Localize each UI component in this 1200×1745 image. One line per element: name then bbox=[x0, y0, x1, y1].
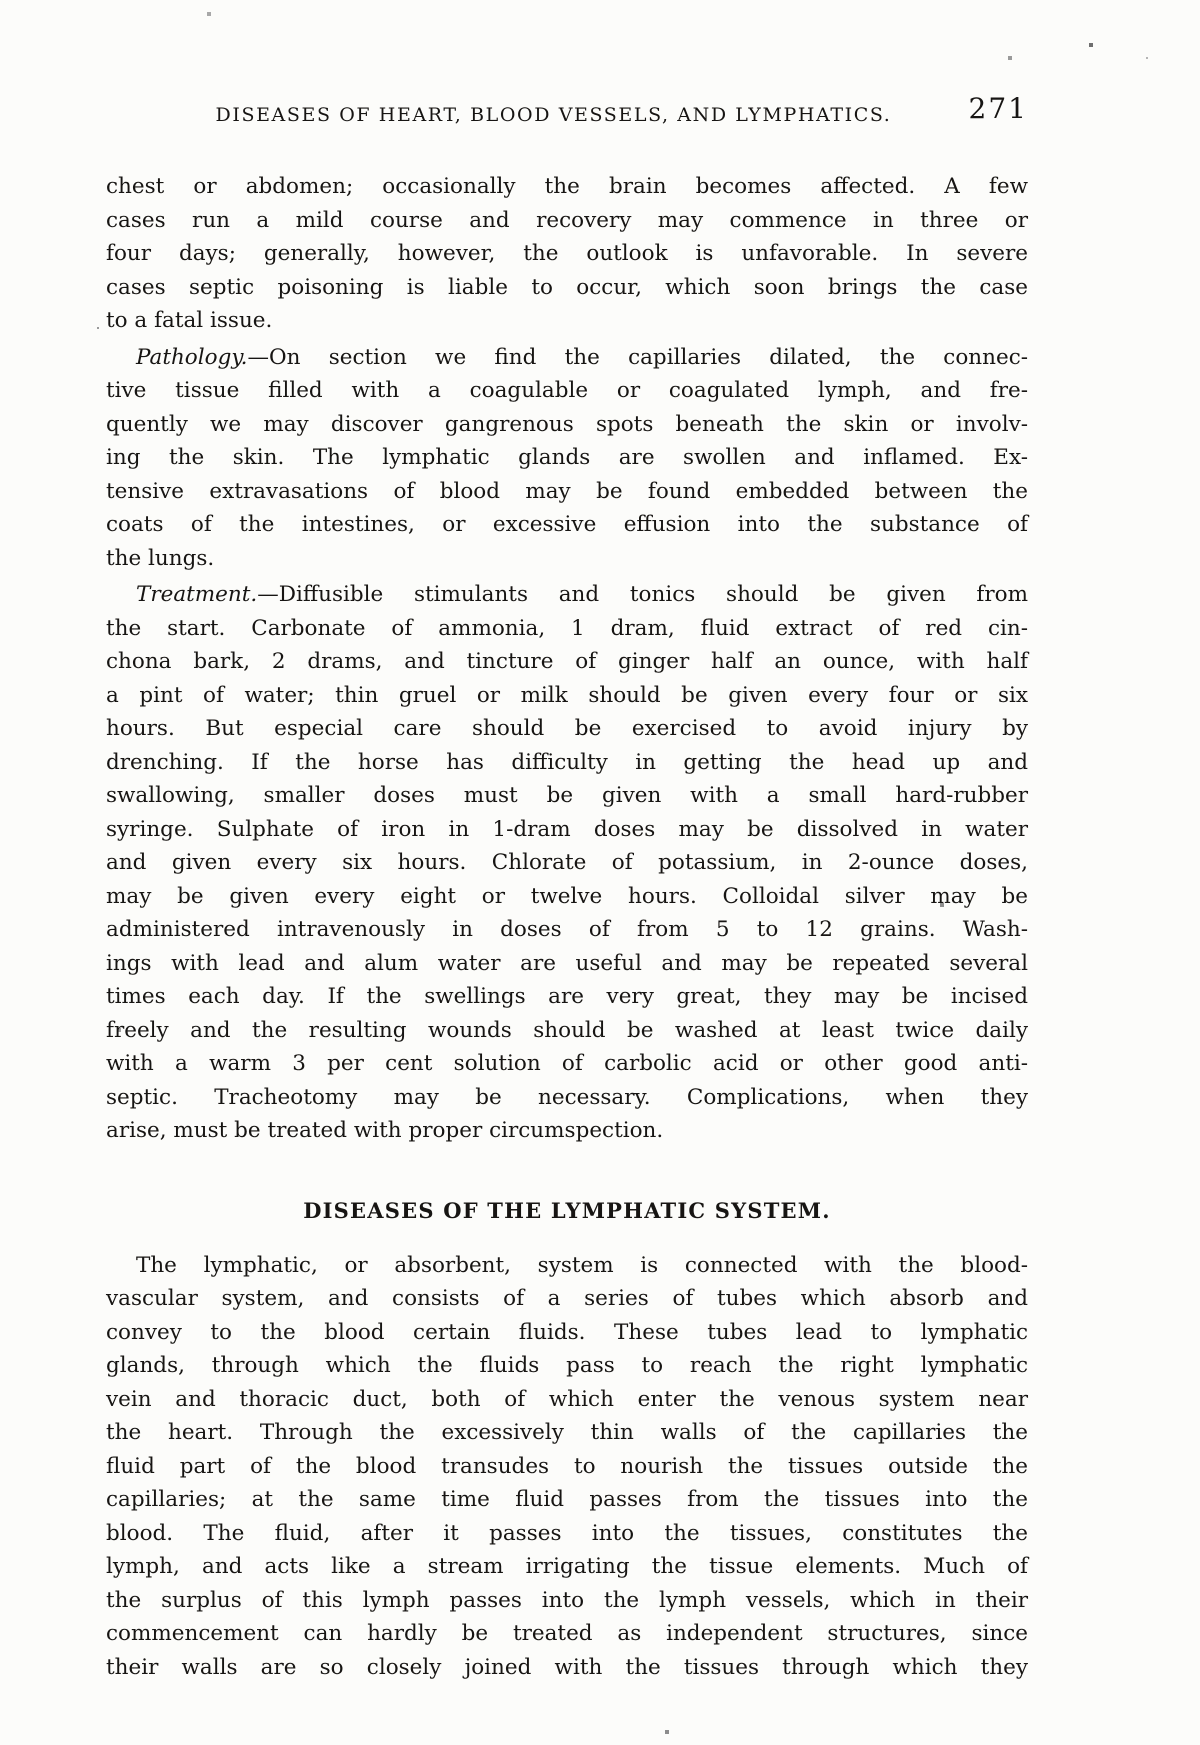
text-line: capillaries; at the same time fluid pass… bbox=[106, 1483, 1028, 1517]
text-line: to a fatal issue. bbox=[106, 304, 1028, 338]
text-line: the start. Carbonate of ammonia, 1 dram,… bbox=[106, 612, 1028, 646]
book-page: DISEASES OF HEART, BLOOD VESSELS, AND LY… bbox=[0, 0, 1200, 1745]
text-line: freely and the resulting wounds should b… bbox=[106, 1014, 1028, 1048]
paragraph: The lymphatic, or absorbent, system is c… bbox=[106, 1249, 1028, 1685]
text-line: hours. But especial care should be exerc… bbox=[106, 712, 1028, 746]
text-line: a pint of water; thin gruel or milk shou… bbox=[106, 679, 1028, 713]
text-line: their walls are so closely joined with t… bbox=[106, 1651, 1028, 1685]
paragraph: Pathology.—On section we find the capill… bbox=[106, 341, 1028, 576]
text-line: chona bark, 2 drams, and tincture of gin… bbox=[106, 645, 1028, 679]
page-header: DISEASES OF HEART, BLOOD VESSELS, AND LY… bbox=[106, 96, 1028, 132]
paragraph-lead: Treatment. bbox=[136, 582, 257, 607]
text-line: ing the skin. The lymphatic glands are s… bbox=[106, 441, 1028, 475]
text-line: syringe. Sulphate of iron in 1-dram dose… bbox=[106, 813, 1028, 847]
text-line: quently we may discover gangrenous spots… bbox=[106, 408, 1028, 442]
text-line: coats of the intestines, or excessive ef… bbox=[106, 508, 1028, 542]
text-line: ings with lead and alum water are useful… bbox=[106, 947, 1028, 981]
text-line: the surplus of this lymph passes into th… bbox=[106, 1584, 1028, 1618]
text-line: vascular system, and consists of a serie… bbox=[106, 1282, 1028, 1316]
text-line: cases run a mild course and recovery may… bbox=[106, 204, 1028, 238]
text-line: Pathology.—On section we find the capill… bbox=[106, 341, 1028, 375]
text-line: drenching. If the horse has difficulty i… bbox=[106, 746, 1028, 780]
main-paragraphs: chest or abdomen; occasionally the brain… bbox=[106, 170, 1028, 1148]
paragraph-lead: Pathology. bbox=[136, 345, 247, 370]
text-line: commencement can hardly be treated as in… bbox=[106, 1617, 1028, 1651]
text-line: cases septic poisoning is liable to occu… bbox=[106, 271, 1028, 305]
text-line: convey to the blood certain fluids. Thes… bbox=[106, 1316, 1028, 1350]
text-line: septic. Tracheotomy may be necessary. Co… bbox=[106, 1081, 1028, 1115]
text-line: times each day. If the swellings are ver… bbox=[106, 980, 1028, 1014]
text-line: may be given every eight or twelve hours… bbox=[106, 880, 1028, 914]
text-line: glands, through which the fluids pass to… bbox=[106, 1349, 1028, 1383]
section-paragraphs: The lymphatic, or absorbent, system is c… bbox=[106, 1249, 1028, 1685]
text-line: four days; generally, however, the outlo… bbox=[106, 237, 1028, 271]
text-line: blood. The fluid, after it passes into t… bbox=[106, 1517, 1028, 1551]
text-line: swallowing, smaller doses must be given … bbox=[106, 779, 1028, 813]
text-line: with a warm 3 per cent solution of carbo… bbox=[106, 1047, 1028, 1081]
text-line: the heart. Through the excessively thin … bbox=[106, 1416, 1028, 1450]
text-line: arise, must be treated with proper circu… bbox=[106, 1114, 1028, 1148]
text-line: the lungs. bbox=[106, 542, 1028, 576]
text-line: administered intravenously in doses of f… bbox=[106, 913, 1028, 947]
body-text: chest or abdomen; occasionally the brain… bbox=[106, 170, 1028, 1684]
text-line: The lymphatic, or absorbent, system is c… bbox=[106, 1249, 1028, 1283]
scan-noise bbox=[0, 0, 2, 2]
text-line: tive tissue filled with a coagulable or … bbox=[106, 374, 1028, 408]
paragraph: chest or abdomen; occasionally the brain… bbox=[106, 170, 1028, 338]
text-line: vein and thoracic duct, both of which en… bbox=[106, 1383, 1028, 1417]
section-heading: DISEASES OF THE LYMPHATIC SYSTEM. bbox=[106, 1194, 1028, 1227]
text-line: tensive extravasations of blood may be f… bbox=[106, 475, 1028, 509]
text-line: chest or abdomen; occasionally the brain… bbox=[106, 170, 1028, 204]
text-line: Treatment.—Diffusible stimulants and ton… bbox=[106, 578, 1028, 612]
running-title: DISEASES OF HEART, BLOOD VESSELS, AND LY… bbox=[216, 104, 892, 126]
page-number: 271 bbox=[969, 92, 1028, 125]
paragraph: Treatment.—Diffusible stimulants and ton… bbox=[106, 578, 1028, 1148]
text-line: lymph, and acts like a stream irrigating… bbox=[106, 1550, 1028, 1584]
text-line: fluid part of the blood transudes to nou… bbox=[106, 1450, 1028, 1484]
text-line: and given every six hours. Chlorate of p… bbox=[106, 846, 1028, 880]
